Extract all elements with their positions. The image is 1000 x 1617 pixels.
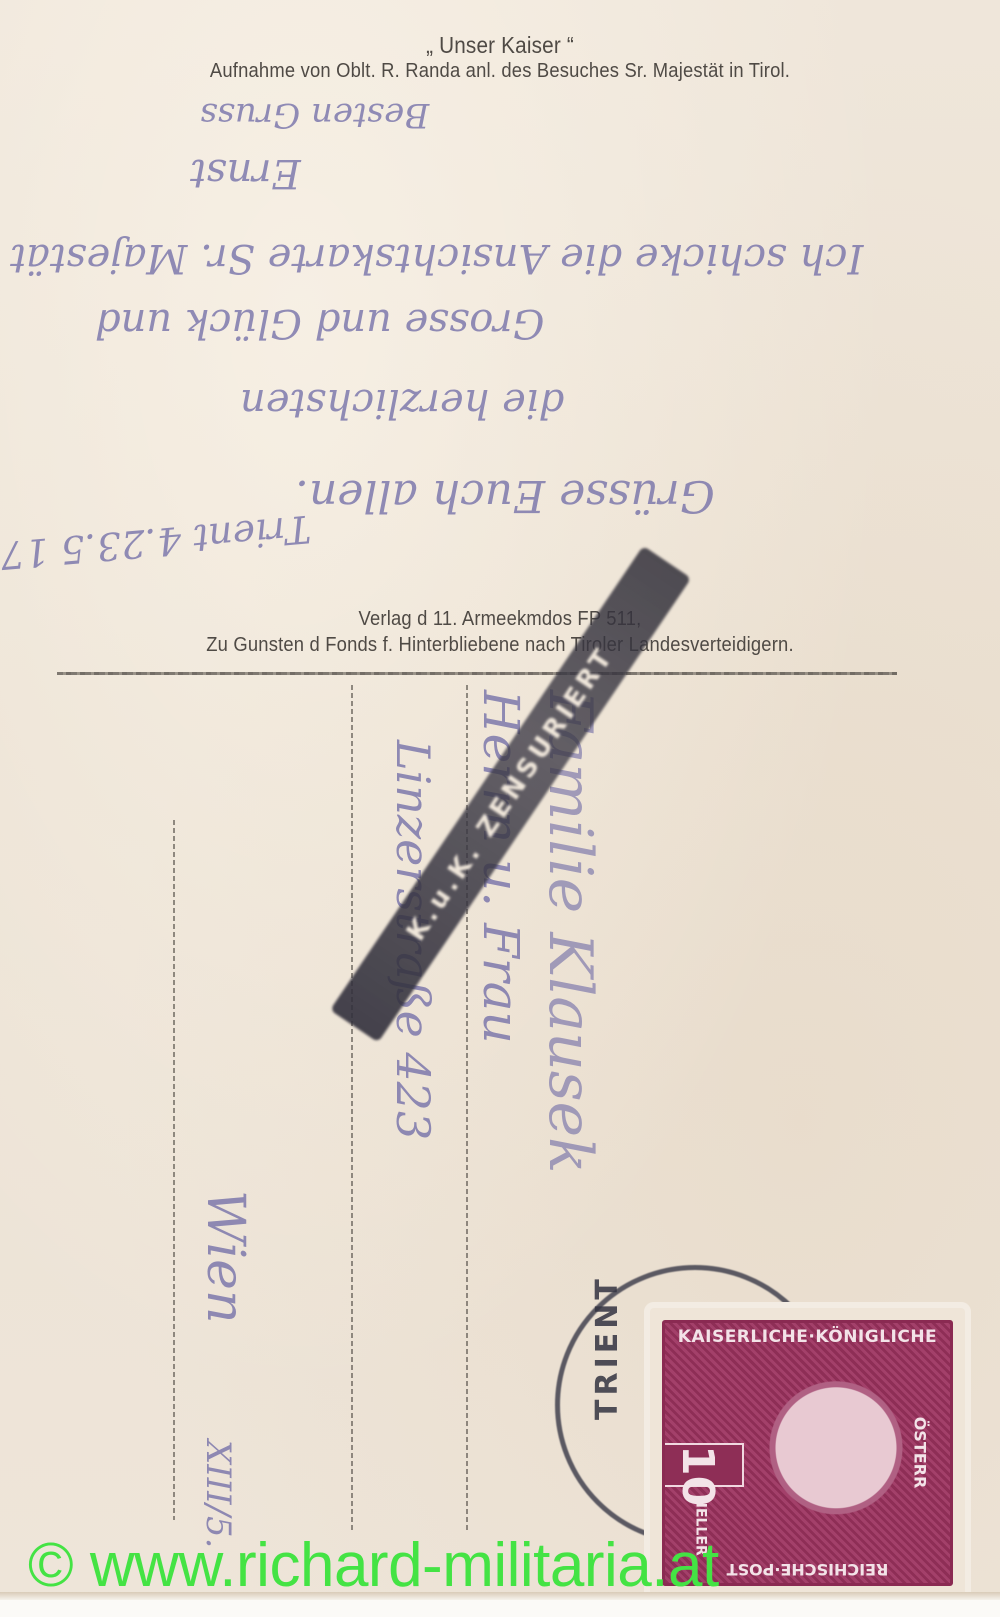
address-line — [173, 820, 175, 1520]
handwritten-signature: Ernst — [190, 150, 301, 196]
handwritten-line: Ich schicke die Ansichtskarte Sr. Majest… — [10, 235, 863, 281]
postcard-title: „ Unser Kaiser “ — [50, 32, 950, 59]
stamp-top-text: KAISERLICHE·KÖNIGLICHE — [665, 1327, 950, 1347]
postmark-town: TRIENT — [590, 1275, 625, 1420]
stamp-right-text: ÖSTERR — [911, 1343, 930, 1563]
handwritten-date: Trient 4.23.5 17 — [0, 507, 313, 578]
handwritten-line: Grüsse Euch allen. — [295, 470, 715, 521]
address-line — [351, 685, 353, 1530]
fund-line: Zu Gunsten d Fonds f. Hinterbliebene nac… — [40, 634, 960, 657]
publisher-line: Verlag d 11. Armeekmdos FP 511, — [40, 608, 960, 631]
watermark-copyright: © www.richard-militaria.at — [28, 1535, 988, 1597]
address-city: Wien — [195, 1190, 255, 1323]
postcard-back: „ Unser Kaiser “ Aufnahme von Oblt. R. R… — [0, 0, 1000, 1600]
handwritten-line: Grosse und Glück und — [95, 300, 544, 346]
handwritten-line: die herzlichsten — [240, 380, 564, 426]
postcard-subtitle: Aufnahme von Oblt. R. Randa anl. des Bes… — [40, 60, 960, 83]
handwritten-greeting: Besten Gruss — [200, 95, 429, 135]
stamp-value: 10 — [662, 1443, 744, 1487]
divider-rule — [57, 672, 897, 675]
